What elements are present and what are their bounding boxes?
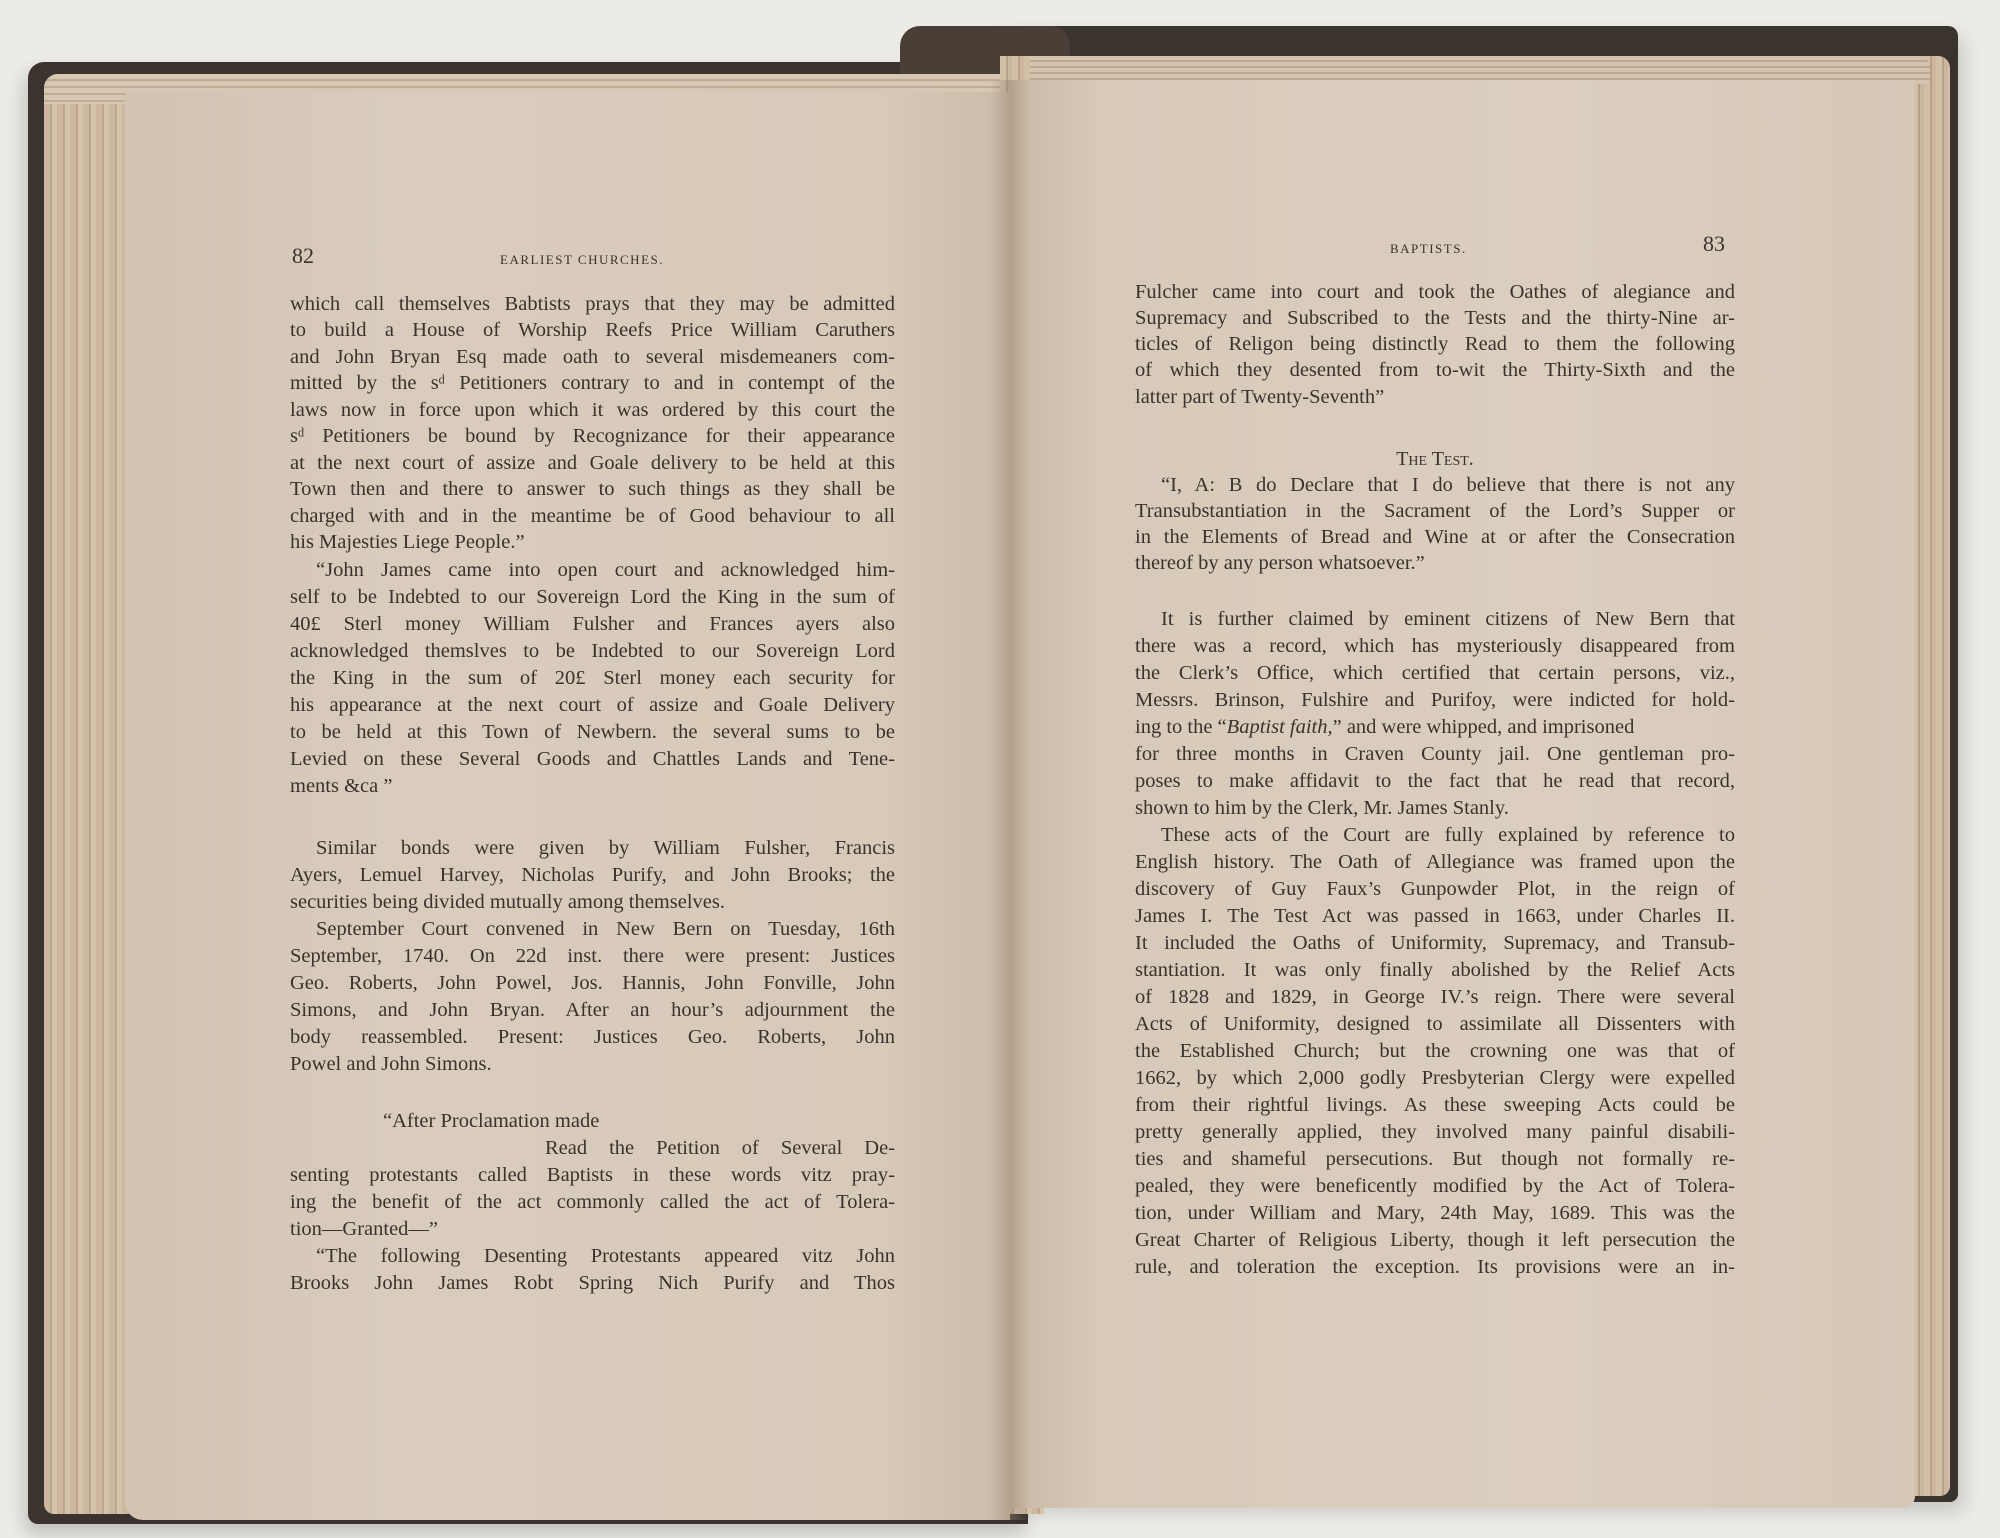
text-line: ties and shameful persecutions. But thou… <box>1135 1146 1735 1172</box>
text-line: his appearance at the next court of assi… <box>290 692 895 718</box>
running-head-right: BAPTISTS. <box>1390 241 1467 257</box>
text-line: rule, and toleration the exception. Its … <box>1135 1254 1735 1280</box>
text-line: “I, A: B do Declare that I do believe th… <box>1135 472 1735 498</box>
text-line: of which they desented from to-wit the T… <box>1135 357 1735 383</box>
text-line: which call themselves Babtists prays tha… <box>290 291 895 317</box>
text-line: Brooks John James Robt Spring Nich Purif… <box>290 1270 895 1296</box>
text-line: discovery of Guy Faux’s Gunpowder Plot, … <box>1135 876 1735 902</box>
text-line: charged with and in the meantime be of G… <box>290 503 895 529</box>
text-line: “After Proclamation made <box>383 1108 783 1134</box>
text-line: acknowledged themslves to be Indebted to… <box>290 638 895 664</box>
text-line: the Clerk’s Office, which certified that… <box>1135 660 1735 686</box>
text-line: to build a House of Worship Reefs Price … <box>290 317 895 343</box>
text-line: James I. The Test Act was passed in 1663… <box>1135 903 1735 929</box>
italic-phrase: Baptist faith, <box>1227 716 1333 738</box>
text-line: ing the benefit of the act commonly call… <box>290 1189 895 1215</box>
text-line: Read the Petition of Several De- <box>545 1135 895 1161</box>
text-line: It is further claimed by eminent citizen… <box>1135 606 1735 632</box>
text-line: poses to make affidavit to the fact that… <box>1135 768 1735 794</box>
text-line: tion—Granted—” <box>290 1216 895 1242</box>
text-line: These acts of the Court are fully explai… <box>1135 822 1735 848</box>
text-line: laws now in force upon which it was orde… <box>290 397 895 423</box>
text-line: September Court convened in New Bern on … <box>290 916 895 942</box>
section-heading: The Test. <box>1135 446 1735 472</box>
text-line: Fulcher came into court and took the Oat… <box>1135 279 1735 305</box>
text-line: Great Charter of Religious Liberty, thou… <box>1135 1227 1735 1253</box>
text-line: Geo. Roberts, John Powel, Jos. Hannis, J… <box>290 970 895 996</box>
text-line: Messrs. Brinson, Fulshire and Purifoy, w… <box>1135 687 1735 713</box>
text-fragment: ing to the “ <box>1135 716 1227 738</box>
text-line: mitted by the sᵈ Petitioners contrary to… <box>290 370 895 396</box>
text-fragment: ” and were whipped, and imprisoned <box>1333 716 1635 738</box>
text-line: English history. The Oath of Allegiance … <box>1135 849 1735 875</box>
text-line: shown to him by the Clerk, Mr. James Sta… <box>1135 795 1735 821</box>
text-line: from their rightful livings. As these sw… <box>1135 1092 1735 1118</box>
text-line: and John Bryan Esq made oath to several … <box>290 344 895 370</box>
text-line: latter part of Twenty-Seventh” <box>1135 384 1735 410</box>
text-line: 40£ Sterl money William Fulsher and Fran… <box>290 611 895 637</box>
running-head-left: EARLIEST CHURCHES. <box>500 252 664 268</box>
text-line: Town then and there to answer to such th… <box>290 476 895 502</box>
text-line: to be held at this Town of Newbern. the … <box>290 719 895 745</box>
text-line: self to be Indebted to our Sovereign Lor… <box>290 584 895 610</box>
text-line: there was a record, which has mysterious… <box>1135 633 1735 659</box>
text-line: at the next court of assize and Goale de… <box>290 450 895 476</box>
text-line: Similar bonds were given by William Fuls… <box>290 835 895 861</box>
text-line: It included the Oaths of Uniformity, Sup… <box>1135 930 1735 956</box>
text-line: the King in the sum of 20£ Sterl money e… <box>290 665 895 691</box>
text-line: thereof by any person whatsoever.” <box>1135 550 1735 576</box>
page-number-left: 82 <box>292 243 314 269</box>
text-line: “John James came into open court and ack… <box>290 557 895 583</box>
text-line: securities being divided mutually among … <box>290 889 895 915</box>
book-gutter <box>990 80 1030 1520</box>
text-line: ments &ca ” <box>290 773 895 799</box>
text-line: September, 1740. On 22d inst. there were… <box>290 943 895 969</box>
text-line: Acts of Uniformity, designed to assimila… <box>1135 1011 1735 1037</box>
text-line: 1662, by which 2,000 godly Presbyterian … <box>1135 1065 1735 1091</box>
text-line-with-italic: ing to the “Baptist faith,” and were whi… <box>1135 714 1735 740</box>
text-line: sᵈ Petitioners be bound by Recognizance … <box>290 423 895 449</box>
text-line: “The following Desenting Protestants app… <box>290 1243 895 1269</box>
text-line: Supremacy and Subscribed to the Tests an… <box>1135 305 1735 331</box>
text-line: for three months in Craven County jail. … <box>1135 741 1735 767</box>
text-line: pretty generally applied, they involved … <box>1135 1119 1735 1145</box>
text-line: ticles of Religon being distinctly Read … <box>1135 331 1735 357</box>
text-line: Powel and John Simons. <box>290 1051 895 1077</box>
text-line: Simons, and John Bryan. After an hour’s … <box>290 997 895 1023</box>
text-line: the Established Church; but the crowning… <box>1135 1038 1735 1064</box>
text-line: in the Elements of Bread and Wine at or … <box>1135 524 1735 550</box>
text-line: body reassembled. Present: Justices Geo.… <box>290 1024 895 1050</box>
text-line: his Majesties Liege People.” <box>290 529 895 555</box>
text-line: Transubstantiation in the Sacrament of t… <box>1135 498 1735 524</box>
text-line: tion, under William and Mary, 24th May, … <box>1135 1200 1735 1226</box>
text-line: Ayers, Lemuel Harvey, Nicholas Purify, a… <box>290 862 895 888</box>
page-number-right: 83 <box>1703 231 1725 257</box>
text-line: pealed, they were beneficently modified … <box>1135 1173 1735 1199</box>
text-line: Levied on these Several Goods and Chattl… <box>290 746 895 772</box>
text-line: senting protestants called Baptists in t… <box>290 1162 895 1188</box>
text-line: of 1828 and 1829, in George IV.’s reign.… <box>1135 984 1735 1010</box>
text-line: stantiation. It was only finally abolish… <box>1135 957 1735 983</box>
